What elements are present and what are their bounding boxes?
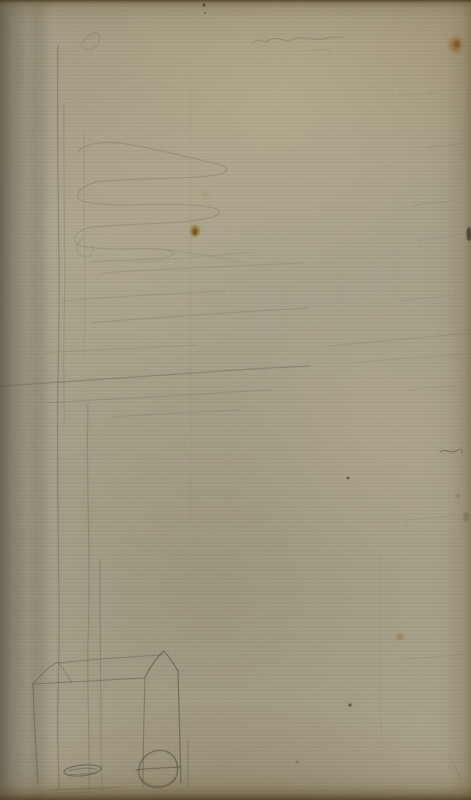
foxing-spot-main-core <box>193 229 197 235</box>
vertical-line-1-double <box>64 104 65 424</box>
top-scrawl <box>253 37 344 43</box>
rust-dot-right-edge <box>456 494 460 498</box>
hstroke-8 <box>113 410 240 417</box>
hstroke-2 <box>63 291 226 301</box>
house-gable-left <box>33 662 57 684</box>
vertical-crease-right <box>380 555 382 800</box>
top-hook <box>80 33 99 50</box>
hstroke-3 <box>92 308 307 323</box>
vertical-line-2-lower <box>88 404 90 790</box>
loop-2 <box>78 182 220 228</box>
scanned-page <box>0 0 471 800</box>
vertical-line-1 <box>58 46 59 789</box>
hstroke-5 <box>352 353 470 363</box>
hstroke-7 <box>46 390 270 403</box>
speck-top-2 <box>204 12 206 14</box>
corner-crease-outer <box>449 756 466 800</box>
eave-line <box>33 678 144 684</box>
top-scrawl-faint <box>300 48 332 52</box>
hstroke-6 <box>46 345 196 353</box>
rust-spot-core <box>454 41 460 48</box>
base-stroke-1 <box>50 787 122 790</box>
loop-1 <box>78 143 227 182</box>
spot-bottom-center <box>296 761 299 764</box>
loop-3 <box>74 228 173 262</box>
pencil-sketch-layer <box>0 0 471 800</box>
margin-squiggle-2 <box>414 200 452 206</box>
tower-apex <box>145 651 178 677</box>
margin-squiggle-7 <box>404 654 460 660</box>
margin-squiggle-1 <box>428 143 464 148</box>
speck-top-1 <box>203 3 206 7</box>
ink-fleck-right-edge <box>467 227 471 241</box>
margin-squiggle-5 <box>412 385 454 390</box>
margin-squiggle-6 <box>404 515 452 521</box>
house-left-wall <box>33 684 38 783</box>
margin-squiggle-3 <box>418 235 458 241</box>
vertical-crease-mid <box>190 60 192 560</box>
brown-spot-mid-right <box>397 634 404 640</box>
foxing-spot-faint <box>202 191 208 197</box>
dark-fleck-low <box>348 703 351 706</box>
dark-fleck-mid <box>347 477 350 480</box>
edge-chip-right <box>463 512 469 522</box>
ridge-line-to-tower <box>58 655 161 663</box>
margin-squiggle-8 <box>398 92 436 96</box>
vertical-line-3-inner <box>100 560 102 790</box>
hstroke-main <box>2 366 310 386</box>
margin-scribble-dark <box>440 449 462 453</box>
hstroke-4 <box>330 333 468 346</box>
margin-squiggle-4 <box>402 295 450 301</box>
ellipse-inner <box>69 768 97 771</box>
house-gable-right <box>58 662 72 683</box>
hstroke-1 <box>102 263 302 273</box>
faint-spot-center <box>225 460 230 464</box>
base-stroke-2 <box>44 792 90 794</box>
